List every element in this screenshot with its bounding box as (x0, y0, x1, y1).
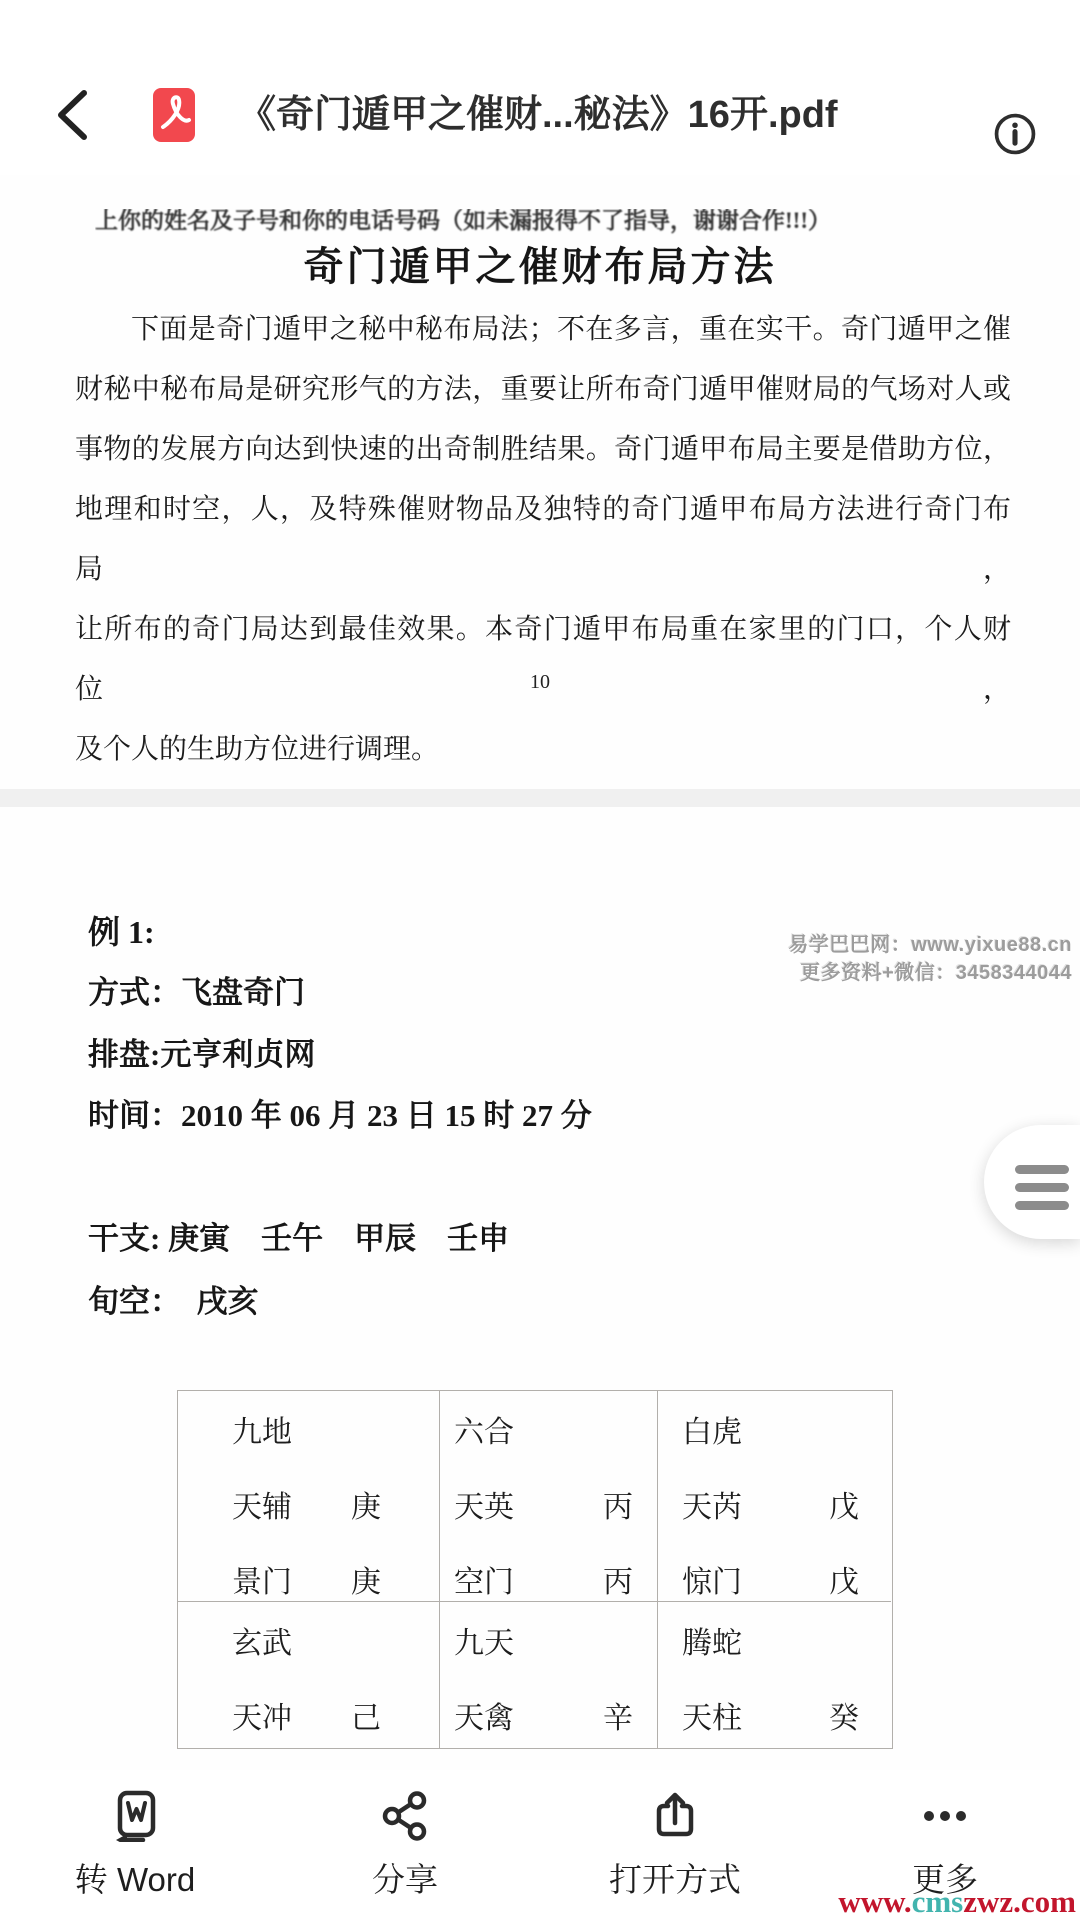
gate-stem: 庚 (351, 1557, 381, 1601)
gate-label: 景门 (232, 1557, 292, 1601)
gate-label: 空门 (454, 1557, 514, 1601)
convert-to-word-button[interactable]: 转 Word (0, 1770, 270, 1920)
star-stem: 己 (351, 1693, 381, 1737)
gate-stem: 丙 (603, 1557, 633, 1601)
chevron-left-icon (50, 86, 96, 144)
star-label: 天辅 (232, 1482, 292, 1526)
xunkong-line: 旬空： 戌亥 (88, 1276, 259, 1321)
palace-cell: 腾蛇 天柱 癸 (658, 1602, 891, 1748)
share-nodes-icon (379, 1790, 431, 1842)
page-number: 10 (0, 671, 1080, 694)
back-button[interactable] (50, 86, 96, 144)
toolbar-label: 打开方式 (609, 1854, 741, 1901)
god-label: 白虎 (682, 1407, 859, 1451)
hamburger-icon (1015, 1165, 1069, 1210)
open-with-icon (649, 1790, 701, 1842)
pdf-file-icon (152, 87, 196, 143)
god-label: 九地 (232, 1407, 381, 1451)
star-label: 天冲 (232, 1693, 292, 1737)
document-title: 《奇门遁甲之催财...秘法》16开.pdf (238, 88, 998, 142)
paragraph-line: 财秘中秘布局是研究形气的方法，重要让所布奇门遁甲催财局的气场对人或 (75, 360, 1011, 420)
site-watermark-mid: cms (912, 1884, 964, 1919)
share-button[interactable]: 分享 (270, 1770, 540, 1920)
gate-stem: 戊 (829, 1557, 859, 1601)
word-convert-icon (109, 1790, 161, 1842)
star-stem: 癸 (829, 1693, 859, 1737)
header-bar: 《奇门遁甲之催财...秘法》16开.pdf (0, 0, 1080, 175)
seller-watermark: 易学巴巴网：www.yixue88.cn 更多资料+微信：3458344044 (788, 931, 1072, 987)
paragraph-line: 地理和时空，人，及特殊催财物品及独特的奇门遁甲布局方法进行奇门布局， (75, 480, 1011, 600)
cropped-top-line-text: 上你的姓名及子号和你的电话号码（如未漏报得不了指导，谢谢合作!!!） (95, 209, 855, 235)
scroll-handle[interactable] (984, 1125, 1080, 1239)
more-ellipsis-icon (919, 1790, 971, 1842)
palace-cell: 白虎 天芮 戊 惊门 戊 (658, 1391, 891, 1602)
god-label: 六合 (454, 1407, 633, 1451)
star-stem: 戊 (829, 1482, 859, 1526)
info-circle-icon (991, 110, 1039, 158)
palace-cell: 九天 天禽 辛 (440, 1602, 658, 1748)
seller-watermark-line1: 易学巴巴网：www.yixue88.cn (788, 931, 1072, 959)
qimen-grid: 九地 天辅 庚 景门 庚 六合 天英 丙 空门 丙 (177, 1390, 893, 1749)
paragraph-line: 及个人的生助方位进行调理。 (75, 720, 1011, 780)
star-label: 天芮 (682, 1482, 742, 1526)
open-with-button[interactable]: 打开方式 (540, 1770, 810, 1920)
time-line: 时间：2010 年 06 月 23 日 15 时 27 分 (88, 1090, 592, 1135)
pdf-page-1[interactable]: 上你的姓名及子号和你的电话号码（如未漏报得不了指导，谢谢合作!!!） 奇门遁甲之… (0, 175, 1080, 790)
pdf-page-2[interactable]: 例 1: 易学巴巴网：www.yixue88.cn 更多资料+微信：345834… (0, 807, 1080, 1770)
pdf-reader-screen: 《奇门遁甲之催财...秘法》16开.pdf 上你的姓名及子号和你的电话号码（如未… (0, 0, 1080, 1920)
palace-cell: 玄武 天冲 己 (178, 1602, 440, 1748)
star-label: 天柱 (682, 1693, 742, 1737)
star-stem: 辛 (603, 1693, 633, 1737)
star-label: 天禽 (454, 1693, 514, 1737)
toolbar-label: 转 Word (75, 1854, 195, 1901)
seller-watermark-line2: 更多资料+微信：3458344044 (788, 959, 1072, 987)
article-paragraph: 下面是奇门遁甲之秘中秘布局法；不在多言，重在实干。奇门遁甲之催 财秘中秘布局是研… (75, 300, 1011, 780)
god-label: 九天 (454, 1618, 633, 1662)
site-watermark-prefix: www. (838, 1884, 911, 1919)
paragraph-line: 事物的发展方向达到快速的出奇制胜结果。奇门遁甲布局主要是借助方位， (75, 420, 1011, 480)
palace-cell: 九地 天辅 庚 景门 庚 (178, 1391, 440, 1602)
page-separator (0, 789, 1080, 807)
article-title: 奇门遁甲之催财布局方法 (0, 235, 1080, 292)
star-label: 天英 (454, 1482, 514, 1526)
god-label: 腾蛇 (682, 1618, 859, 1662)
ganzhi-line: 干支: 庚寅 壬午 甲辰 壬申 (88, 1213, 509, 1258)
paragraph-line: 下面是奇门遁甲之秘中秘布局法；不在多言，重在实干。奇门遁甲之催 (75, 300, 1011, 360)
paipan-line: 排盘:元亨利贞网 (88, 1029, 315, 1074)
star-stem: 丙 (603, 1482, 633, 1526)
site-watermark-suffix: zwz.com (963, 1884, 1076, 1919)
star-stem: 庚 (351, 1482, 381, 1526)
palace-cell: 六合 天英 丙 空门 丙 (440, 1391, 658, 1602)
toolbar-label: 分享 (372, 1854, 438, 1901)
paragraph-line: 让所布的奇门局达到最佳效果。本奇门遁甲布局重在家里的门口，个人财位， (75, 600, 1011, 720)
example-label: 例 1: (88, 907, 155, 953)
method-line: 方式：飞盘奇门 (88, 967, 305, 1012)
gate-label: 惊门 (682, 1557, 742, 1601)
god-label: 玄武 (232, 1618, 381, 1662)
site-watermark: www.cmszwz.com (838, 1884, 1076, 1920)
info-button[interactable] (991, 110, 1039, 158)
